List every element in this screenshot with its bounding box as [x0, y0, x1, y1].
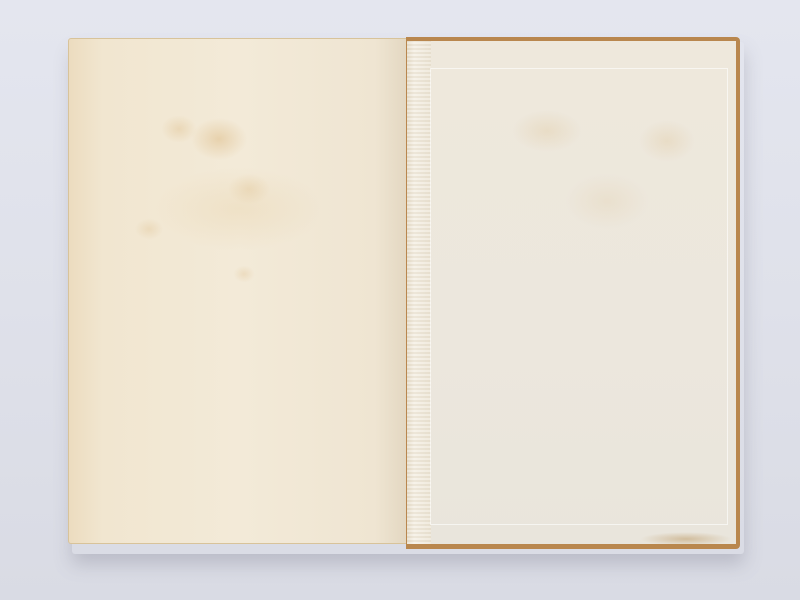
- endpaper-frame-line: [430, 68, 728, 525]
- book-left-page: [68, 38, 410, 544]
- water-stain: [640, 532, 732, 546]
- book-gutter-mesh: [407, 41, 431, 544]
